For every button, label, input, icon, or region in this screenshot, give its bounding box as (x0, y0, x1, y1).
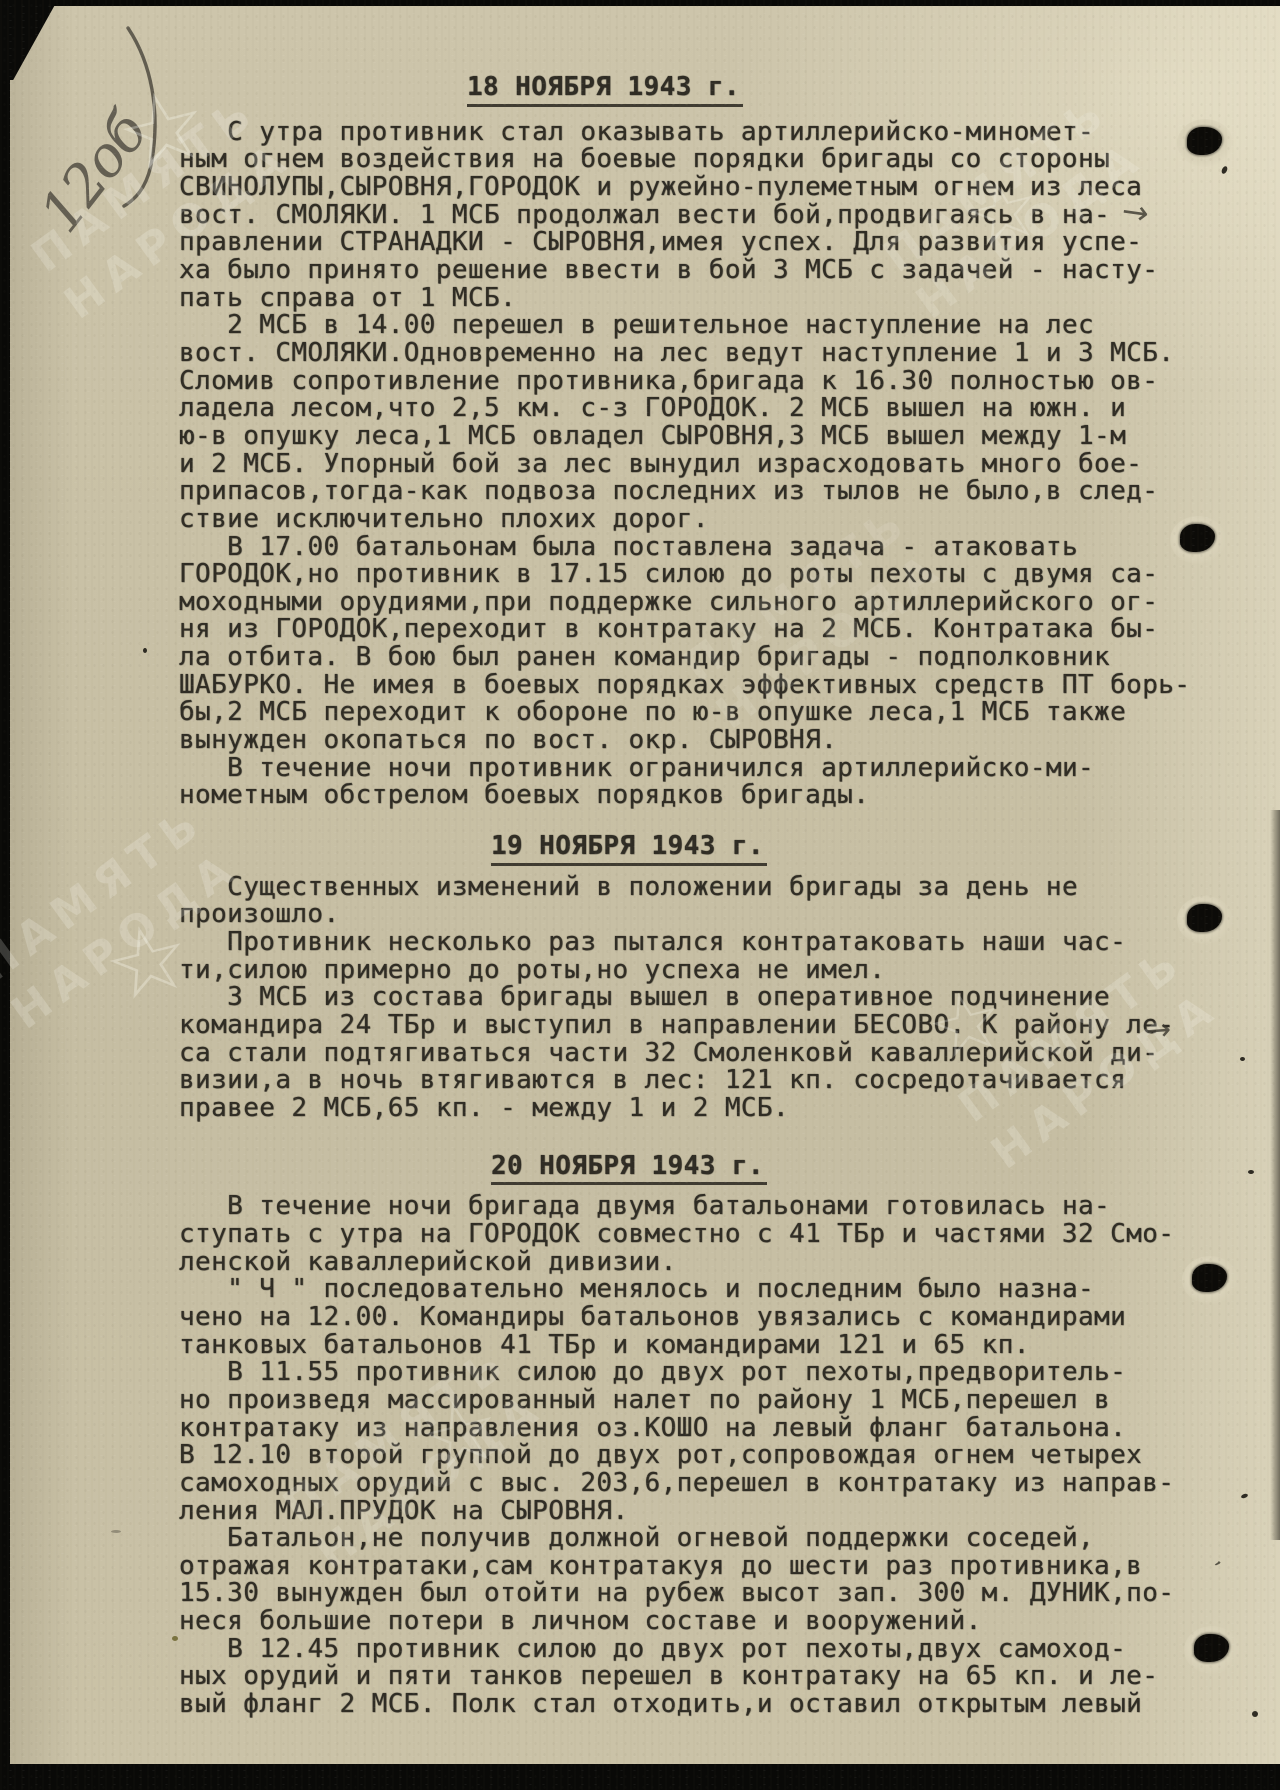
paragraph-9: " Ч " последовательно менялось и последн… (179, 1276, 1199, 1359)
paragraph-6: Противник несколько раз пытался контрата… (179, 929, 1199, 984)
pencil-mark (111, 1530, 121, 1533)
handwritten-page-number: 12об (30, 99, 162, 245)
paragraph-1: С утра противник стал оказывать артиллер… (179, 119, 1199, 313)
paragraph-5: Существенных изменений в положении брига… (179, 874, 1199, 929)
right-edge-shadow (1270, 810, 1280, 1540)
typed-text-block: 18 НОЯБРЯ 1943 г. С утра противник стал … (179, 74, 1199, 1719)
paragraph-10: В 11.55 противник силою до двух рот пехо… (179, 1359, 1199, 1525)
punch-hole (1170, 516, 1226, 564)
heading-underline: 19 НОЯБРЯ 1943 г. (491, 833, 767, 866)
section-heading-19-november: 19 НОЯБРЯ 1943 г. (491, 833, 1199, 866)
punch-hole (1182, 1256, 1238, 1304)
heading-underline: 18 НОЯБРЯ 1943 г. (467, 74, 743, 107)
ink-speck (1248, 1170, 1254, 1174)
ink-speck (143, 648, 147, 653)
paragraph-7: 3 МСБ из состава бригады вышел в операти… (179, 984, 1199, 1122)
section-heading-20-november: 20 НОЯБРЯ 1943 г. (491, 1153, 1199, 1186)
margin-arrow-mark: → (1120, 194, 1151, 229)
punch-hole (1177, 896, 1233, 944)
ink-speck (1252, 1711, 1258, 1717)
paragraph-8: В течение ночи бригада двумя батальонами… (179, 1193, 1199, 1276)
paragraph-3: В 17.00 батальонам была поставлена задач… (179, 534, 1199, 755)
ink-speck (1240, 1057, 1245, 1061)
section-heading-18-november: 18 НОЯБРЯ 1943 г. (467, 74, 1199, 107)
paragraph-12: В 12.45 противник силою до двух рот пехо… (179, 1636, 1199, 1719)
stain-dot (172, 1636, 178, 1641)
paragraph-4: В течение ночи противник ограничился арт… (179, 755, 1199, 810)
punch-hole (1184, 1626, 1240, 1674)
punch-hole (1177, 119, 1233, 167)
handwriting-layer: 12об (30, 8, 250, 268)
paragraph-11: Батальон,не получив должной огневой подд… (179, 1525, 1199, 1636)
paragraph-2: 2 МСБ в 14.00 перешел в решительное наст… (179, 312, 1199, 533)
margin-arrow-mark: → (1145, 1015, 1172, 1047)
heading-underline: 20 НОЯБРЯ 1943 г. (491, 1153, 767, 1186)
